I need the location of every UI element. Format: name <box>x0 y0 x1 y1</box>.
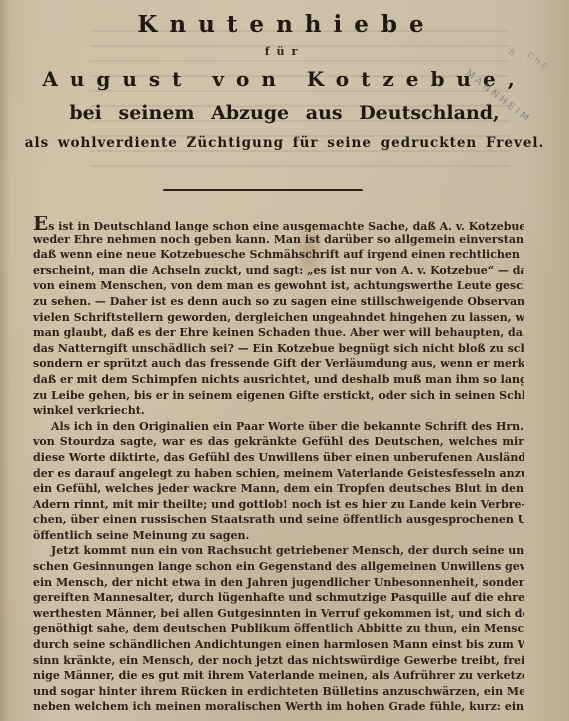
text-line-content: sondern er sprützt auch das fressende Gi… <box>33 357 524 370</box>
text-line-content: ein Mensch, der nicht etwa in den Jahren… <box>33 576 524 589</box>
title-fuer: für <box>0 42 569 62</box>
text-line: der es darauf angelegt zu haben schien, … <box>33 466 524 482</box>
text-line-content: öffentlich seine Meinung zu sagen. <box>33 529 249 542</box>
text-line: daß er mit dem Schimpfen nichts ausricht… <box>33 372 524 388</box>
text-line: Jetzt kommt nun ein von Rachsucht getrie… <box>33 543 524 559</box>
text-line: sinn kränkte, ein Mensch, der noch jetzt… <box>33 653 524 669</box>
text-line-content: zu Leibe gehen, bis er in seinem eigenen… <box>33 389 524 402</box>
title-divider-rule <box>163 189 363 191</box>
text-line: durch seine schändlichen Andichtungen ei… <box>33 637 524 653</box>
text-line: Adern rinnt, mit mir theilte; und gottlo… <box>33 497 524 513</box>
text-line-content: diese Worte diktirte, das Gefühl des Unw… <box>33 451 524 464</box>
text-line-content: neben welchem ich meinen moralischen Wer… <box>33 700 524 713</box>
text-line: sondern er sprützt auch das fressende Gi… <box>33 356 524 372</box>
text-line: Als ich in den Originalien ein Paar Wort… <box>33 419 524 435</box>
text-line: werthesten Männer, bei allen Gutgesinnte… <box>33 606 524 622</box>
text-line: öffentlich seine Meinung zu sagen. <box>33 528 524 544</box>
text-line: von einem Menschen, von dem man es gewoh… <box>33 278 524 294</box>
text-line: man glaubt, daß es der Ehre keinen Schad… <box>33 325 524 341</box>
text-line-content: weder Ehre nehmen noch geben kann. Man i… <box>33 233 524 246</box>
text-line-content: winkel verkriecht. <box>33 404 145 417</box>
text-line: erscheint, man die Achseln zuckt, und sa… <box>33 263 524 279</box>
text-line: winkel verkriecht. <box>33 403 524 419</box>
text-line: weder Ehre nehmen noch geben kann. Man i… <box>33 232 524 248</box>
text-line: ein Gefühl, welches jeder wackre Mann, d… <box>33 481 524 497</box>
text-line-content: gereiften Mannesalter, durch lügenhafte … <box>33 591 524 604</box>
text-line-content: s ist in Deutschland lange schon eine au… <box>48 220 524 232</box>
scanned-page: Knutenhiebe für August von Kotzebue, bei… <box>0 0 569 721</box>
text-line: daß wenn eine neue Kotzebuesche Schmähsc… <box>33 247 524 263</box>
drop-cap: E <box>33 216 48 232</box>
text-line-content: der es darauf angelegt zu haben schien, … <box>33 467 524 480</box>
text-line-content: von einem Menschen, von dem man es gewoh… <box>33 279 524 292</box>
text-line: von Stourdza sagte, war es das gekränkte… <box>33 434 524 450</box>
text-line: Es ist in Deutschland lange schon eine a… <box>33 216 524 232</box>
text-line-content: daß wenn eine neue Kotzebuesche Schmähsc… <box>33 248 524 261</box>
text-line-content: erscheint, man die Achseln zuckt, und sa… <box>33 264 524 277</box>
text-line: chen, über einen russischen Staatsrath u… <box>33 512 524 528</box>
text-line-content: durch seine schändlichen Andichtungen ei… <box>33 638 524 651</box>
text-line: das Natterngift unschädlich sei? — Ein K… <box>33 341 524 357</box>
text-line-content: Als ich in den Originalien ein Paar Wort… <box>51 420 524 433</box>
text-line: ein Mensch, der nicht etwa in den Jahren… <box>33 575 524 591</box>
text-line-content: Jetzt kommt nun ein von Rachsucht getrie… <box>51 544 524 557</box>
text-line: neben welchem ich meinen moralischen Wer… <box>33 699 524 715</box>
text-line: gereiften Mannesalter, durch lügenhafte … <box>33 590 524 606</box>
text-line: und sogar hinter ihrem Rücken in erdicht… <box>33 684 524 700</box>
text-line: nige Männer, die es gut mit ihrem Vaterl… <box>33 668 524 684</box>
text-line-content: vielen Schriftstellern geworden, derglei… <box>33 311 524 324</box>
title-occasion: bei seinem Abzuge aus Deutschland, <box>0 96 569 130</box>
text-line-content: ein Gefühl, welches jeder wackre Mann, d… <box>33 482 524 495</box>
body-text: Es ist in Deutschland lange schon eine a… <box>33 216 524 715</box>
text-line-content: das Natterngift unschädlich sei? — Ein K… <box>33 342 524 355</box>
text-line-content: genöthigt sahe, dem deutschen Publikum ö… <box>33 622 524 635</box>
text-line-content: Adern rinnt, mit mir theilte; und gottlo… <box>33 498 524 511</box>
text-line-content: man glaubt, daß es der Ehre keinen Schad… <box>33 326 524 339</box>
text-line-content: und sogar hinter ihrem Rücken in erdicht… <box>33 685 524 698</box>
text-line-content: sinn kränkte, ein Mensch, der noch jetzt… <box>33 654 524 667</box>
text-line: genöthigt sahe, dem deutschen Publikum ö… <box>33 621 524 637</box>
text-line-content: schen Gesinnungen lange schon ein Gegens… <box>33 560 524 573</box>
text-line: schen Gesinnungen lange schon ein Gegens… <box>33 559 524 575</box>
title-subtitle: als wohlverdiente Züchtigung für seine g… <box>0 130 569 156</box>
title-main: Knutenhiebe <box>4 8 569 42</box>
text-line-content: werthesten Männer, bei allen Gutgesinnte… <box>33 607 524 620</box>
text-line-content: von Stourdza sagte, war es das gekränkte… <box>33 435 524 448</box>
text-line-content: zu sehen. — Daher ist es denn auch so zu… <box>33 295 524 308</box>
text-line-content: daß er mit dem Schimpfen nichts ausricht… <box>33 373 524 386</box>
text-line: diese Worte diktirte, das Gefühl des Unw… <box>33 450 524 466</box>
text-line-content: nige Männer, die es gut mit ihrem Vaterl… <box>33 669 524 682</box>
text-line: zu Leibe gehen, bis er in seinem eigenen… <box>33 388 524 404</box>
text-line: vielen Schriftstellern geworden, derglei… <box>33 310 524 326</box>
text-line: zu sehen. — Daher ist es denn auch so zu… <box>33 294 524 310</box>
text-line-content: chen, über einen russischen Staatsrath u… <box>33 513 524 526</box>
